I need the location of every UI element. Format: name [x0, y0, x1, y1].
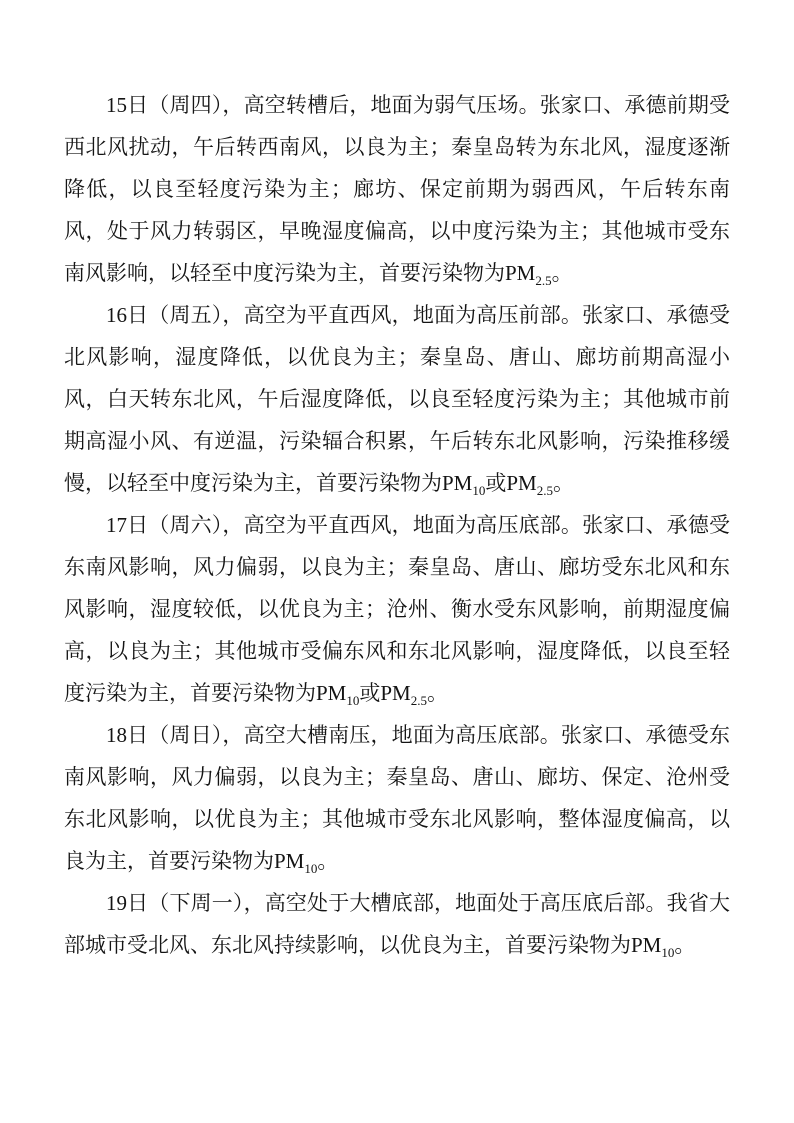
document-page: 15日（周四），高空转槽后，地面为弱气压场。张家口、承德前期受西北风扰动，午后转…	[0, 0, 794, 1123]
text-run: 。	[317, 849, 338, 873]
text-run: 。	[552, 261, 573, 285]
text-run: 19日（下周一），高空处于大槽底部，地面处于高压底后部。我省大部城市受北风、东北…	[64, 891, 730, 957]
document-body: 15日（周四），高空转槽后，地面为弱气压场。张家口、承德前期受西北风扰动，午后转…	[64, 84, 730, 966]
text-run: 或PM	[359, 681, 410, 705]
paragraph-day-19: 19日（下周一），高空处于大槽底部，地面处于高压底后部。我省大部城市受北风、东北…	[64, 882, 730, 966]
paragraph-day-17: 17日（周六），高空为平直西风，地面为高压底部。张家口、承德受东南风影响，风力偏…	[64, 504, 730, 714]
paragraph-day-16: 16日（周五），高空为平直西风，地面为高压前部。张家口、承德受北风影响，湿度降低…	[64, 294, 730, 504]
text-run: 16日（周五），高空为平直西风，地面为高压前部。张家口、承德受北风影响，湿度降低…	[64, 303, 730, 495]
paragraph-day-15: 15日（周四），高空转槽后，地面为弱气压场。张家口、承德前期受西北风扰动，午后转…	[64, 84, 730, 294]
text-run: 或PM	[485, 471, 536, 495]
pm-subscript: 2.5	[537, 483, 553, 498]
text-run: 。	[427, 681, 448, 705]
text-run: 15日（周四），高空转槽后，地面为弱气压场。张家口、承德前期受西北风扰动，午后转…	[64, 93, 730, 285]
text-run: 。	[674, 933, 695, 957]
pm-subscript: 10	[661, 945, 674, 960]
text-run: 18日（周日），高空大槽南压，地面为高压底部。张家口、承德受东南风影响，风力偏弱…	[64, 723, 730, 873]
text-run: 。	[553, 471, 574, 495]
pm-subscript: 2.5	[411, 693, 427, 708]
pm-subscript: 10	[304, 861, 317, 876]
pm-subscript: 2.5	[535, 273, 551, 288]
text-run: 17日（周六），高空为平直西风，地面为高压底部。张家口、承德受东南风影响，风力偏…	[64, 513, 730, 705]
pm-subscript: 10	[472, 483, 485, 498]
paragraph-day-18: 18日（周日），高空大槽南压，地面为高压底部。张家口、承德受东南风影响，风力偏弱…	[64, 714, 730, 882]
pm-subscript: 10	[346, 693, 359, 708]
